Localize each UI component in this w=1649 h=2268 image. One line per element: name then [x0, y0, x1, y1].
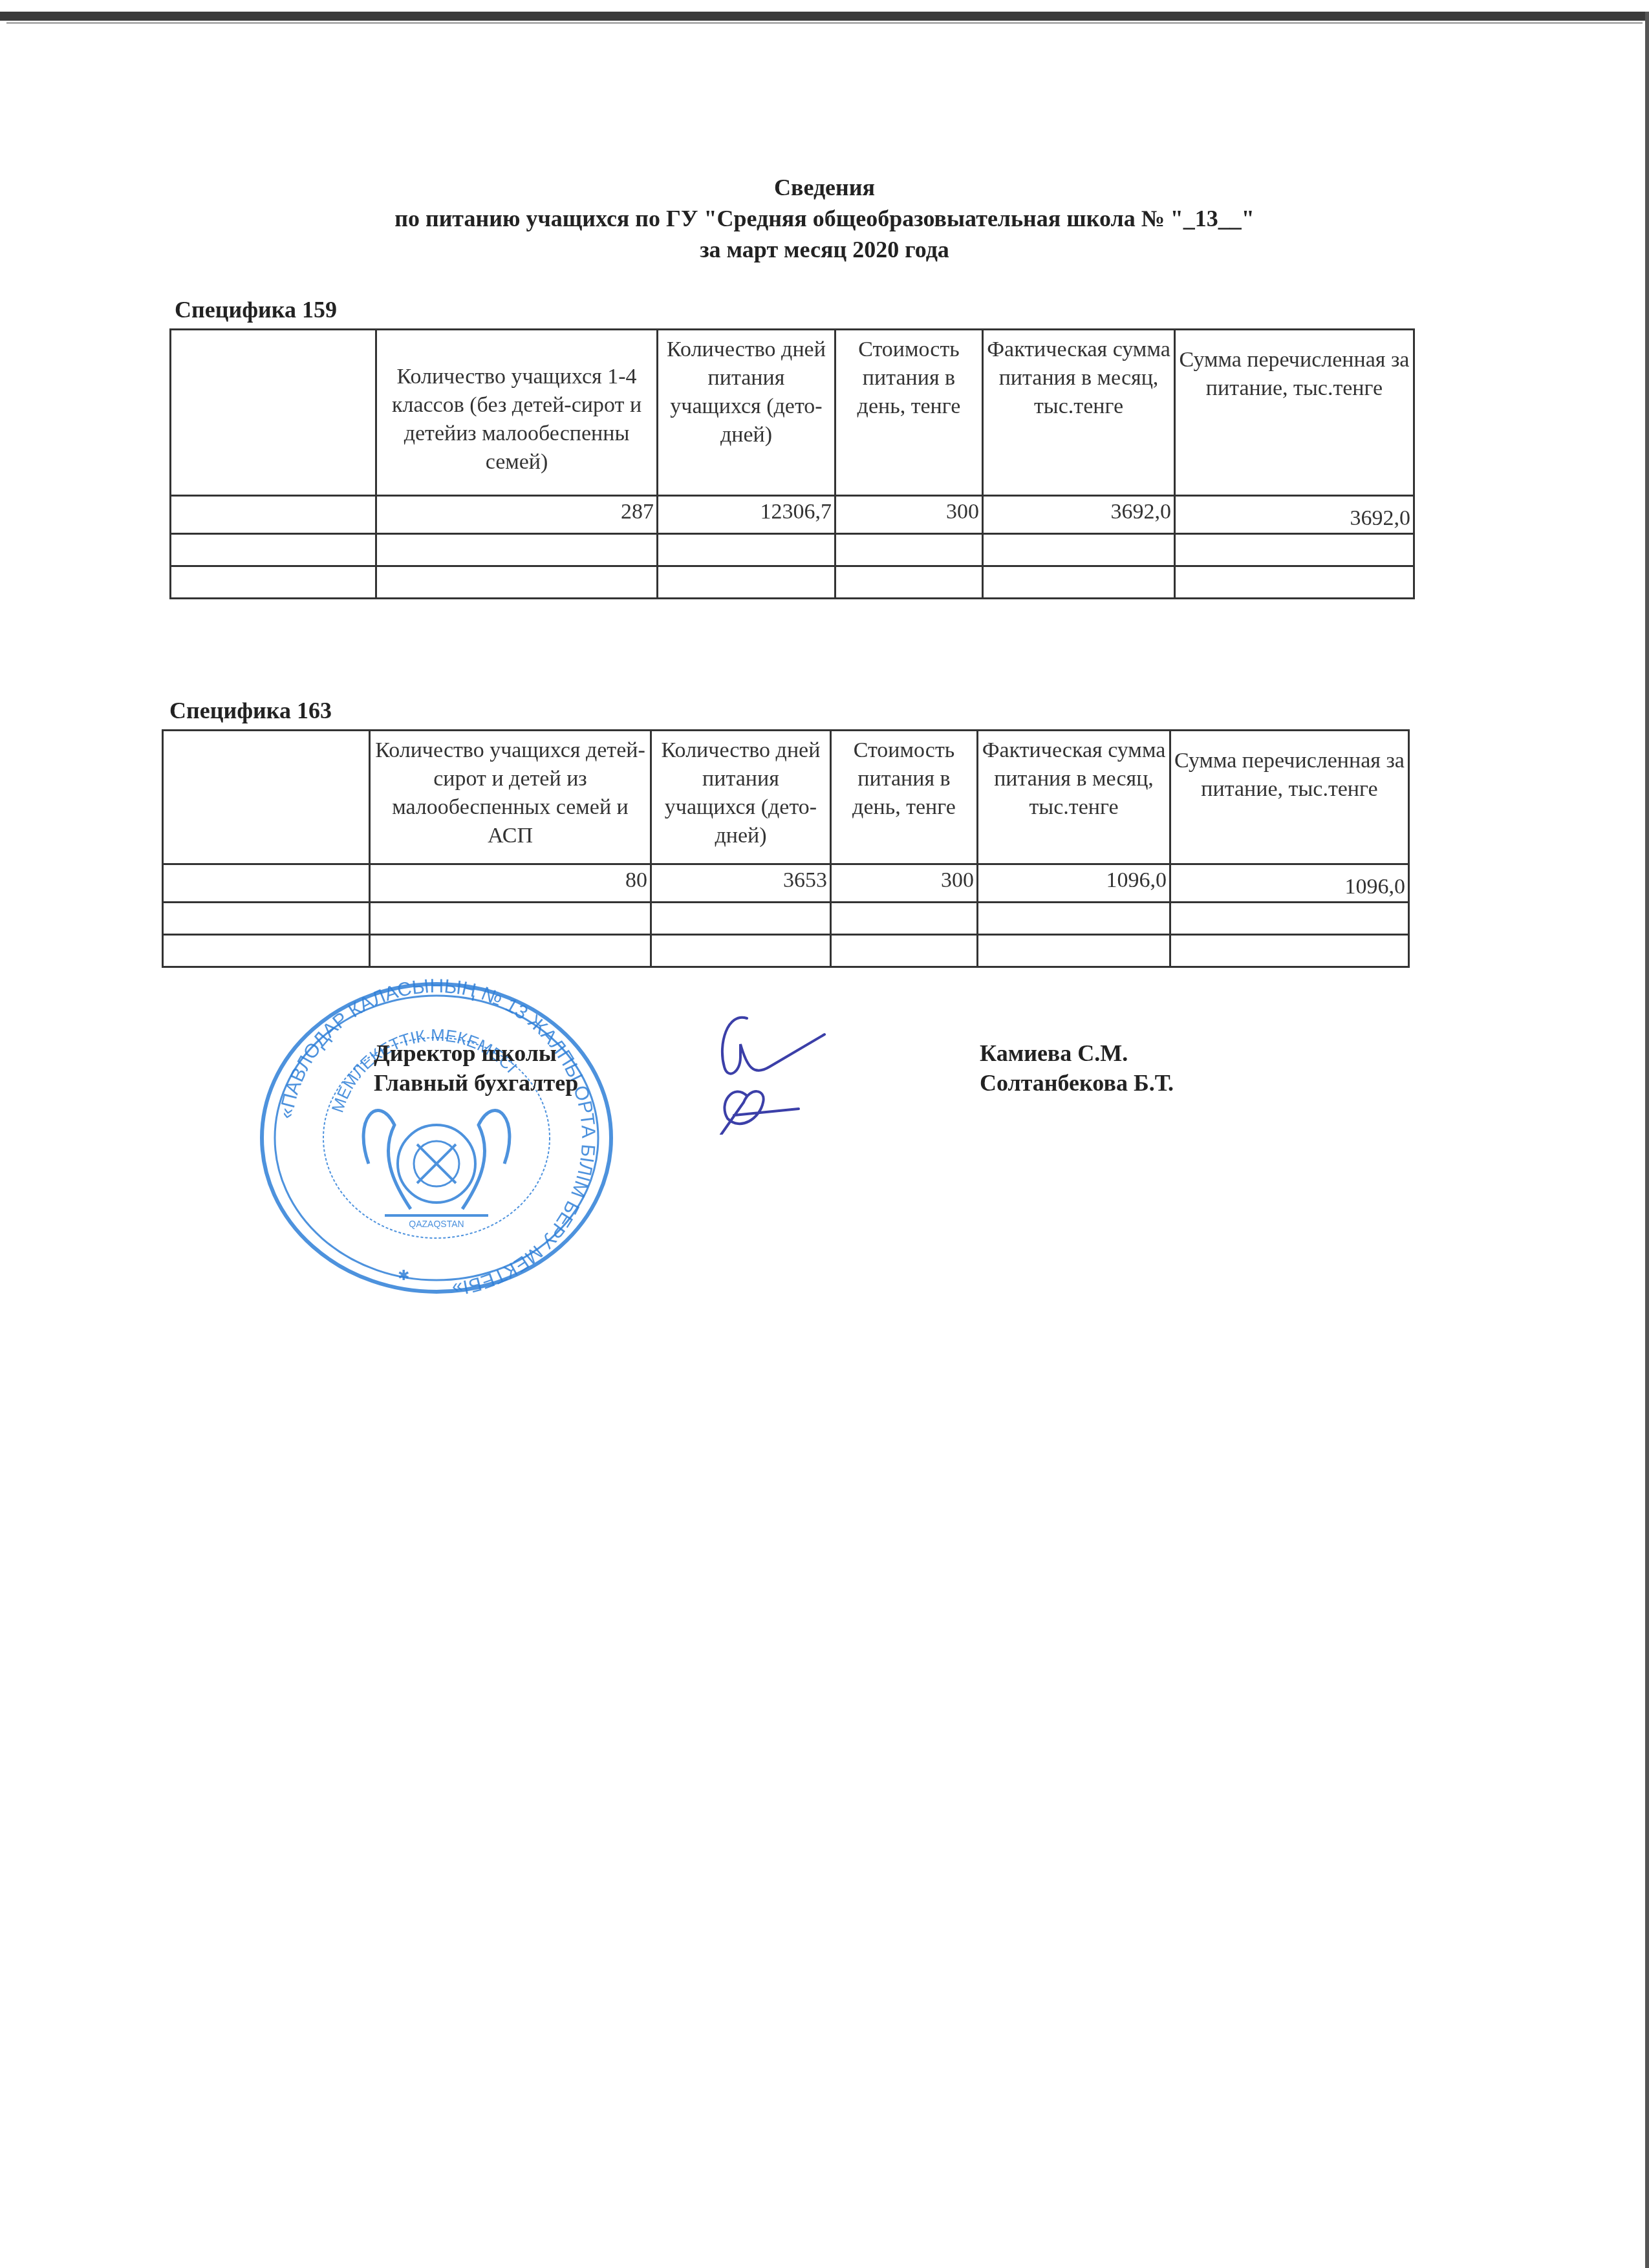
header-cell: [171, 330, 376, 496]
table-row: [163, 903, 1409, 935]
header-cell: Стоимость питания в день, тенге: [831, 731, 978, 864]
cell: 300: [835, 496, 983, 534]
cell: 80: [370, 864, 651, 903]
official-stamp-icon: «ПАВЛОДАР КАЛАСЫНЫҢ № 13 ЖАЛПЫ ОРТА БІЛІ…: [255, 976, 618, 1300]
cell: [658, 566, 835, 599]
header-cell: Количество учащихся детей-сирот и детей …: [370, 731, 651, 864]
cell: [978, 935, 1170, 967]
scan-edge-line: [6, 22, 1643, 24]
svg-text:QAZAQSTAN: QAZAQSTAN: [409, 1219, 464, 1229]
header-cell: Сумма перечисленная за питание, тыс.тенг…: [1170, 731, 1409, 864]
cell: [376, 566, 658, 599]
scan-edge-right: [1645, 12, 1649, 2268]
cell: [651, 903, 831, 935]
header-cell: Сумма перечисленная за питание, тыс.тенг…: [1175, 330, 1414, 496]
cell: [1175, 534, 1414, 566]
accountant-label: Главный бухгалтер: [374, 1068, 578, 1098]
header-cell: Количество учащихся 1-4 классов (без дет…: [376, 330, 658, 496]
svg-text:✱: ✱: [398, 1267, 409, 1283]
cell: [831, 903, 978, 935]
cell: 3692,0: [1175, 496, 1414, 534]
spec-163-label: Специфика 163: [169, 697, 332, 724]
table-row: [171, 566, 1414, 599]
spec-159-label: Специфика 159: [175, 296, 337, 323]
cell: 1096,0: [1170, 864, 1409, 903]
table-row: 287 12306,7 300 3692,0 3692,0: [171, 496, 1414, 534]
cell: [835, 566, 983, 599]
cell: 1096,0: [978, 864, 1170, 903]
cell: [171, 496, 376, 534]
table-row: [171, 534, 1414, 566]
document-period: за март месяц 2020 года: [0, 235, 1649, 264]
cell: [171, 566, 376, 599]
spec-159-table: Количество учащихся 1-4 классов (без дет…: [169, 328, 1415, 599]
cell: [831, 935, 978, 967]
cell: [983, 566, 1175, 599]
cell: [370, 935, 651, 967]
header-cell: Количество дней питания учащихся (дето-д…: [658, 330, 835, 496]
cell: [171, 534, 376, 566]
cell: 287: [376, 496, 658, 534]
cell: [163, 935, 370, 967]
header-cell: [163, 731, 370, 864]
cell: [376, 534, 658, 566]
cell: [835, 534, 983, 566]
header-cell: Количество дней питания учащихся (дето-д…: [651, 731, 831, 864]
spec-163-table: Количество учащихся детей-сирот и детей …: [162, 729, 1410, 968]
header-cell: Фактическая сумма питания в месяц, тыс.т…: [978, 731, 1170, 864]
cell: 3692,0: [983, 496, 1175, 534]
cell: 300: [831, 864, 978, 903]
cell: [1175, 566, 1414, 599]
accountant-name: Солтанбекова Б.Т.: [980, 1068, 1174, 1098]
table-header-row: Количество учащихся детей-сирот и детей …: [163, 731, 1409, 864]
header-cell: Стоимость питания в день, тенге: [835, 330, 983, 496]
table-row: [163, 935, 1409, 967]
cell: [651, 935, 831, 967]
document-subtitle: по питанию учащихся по ГУ "Средняя общео…: [0, 204, 1649, 233]
cell: [983, 534, 1175, 566]
cell: 12306,7: [658, 496, 835, 534]
handwritten-signature-icon: [708, 1005, 844, 1135]
cell: [658, 534, 835, 566]
scan-edge-top: [0, 12, 1649, 21]
document-title: Сведения: [0, 173, 1649, 202]
director-label: Директор школы: [374, 1038, 557, 1068]
cell: [370, 903, 651, 935]
table-header-row: Количество учащихся 1-4 классов (без дет…: [171, 330, 1414, 496]
cell: [978, 903, 1170, 935]
cell: [1170, 903, 1409, 935]
cell: 3653: [651, 864, 831, 903]
cell: [1170, 935, 1409, 967]
cell: [163, 903, 370, 935]
director-name: Камиева С.М.: [980, 1038, 1128, 1068]
table-row: 80 3653 300 1096,0 1096,0: [163, 864, 1409, 903]
header-cell: Фактическая сумма питания в месяц, тыс.т…: [983, 330, 1175, 496]
cell: [163, 864, 370, 903]
